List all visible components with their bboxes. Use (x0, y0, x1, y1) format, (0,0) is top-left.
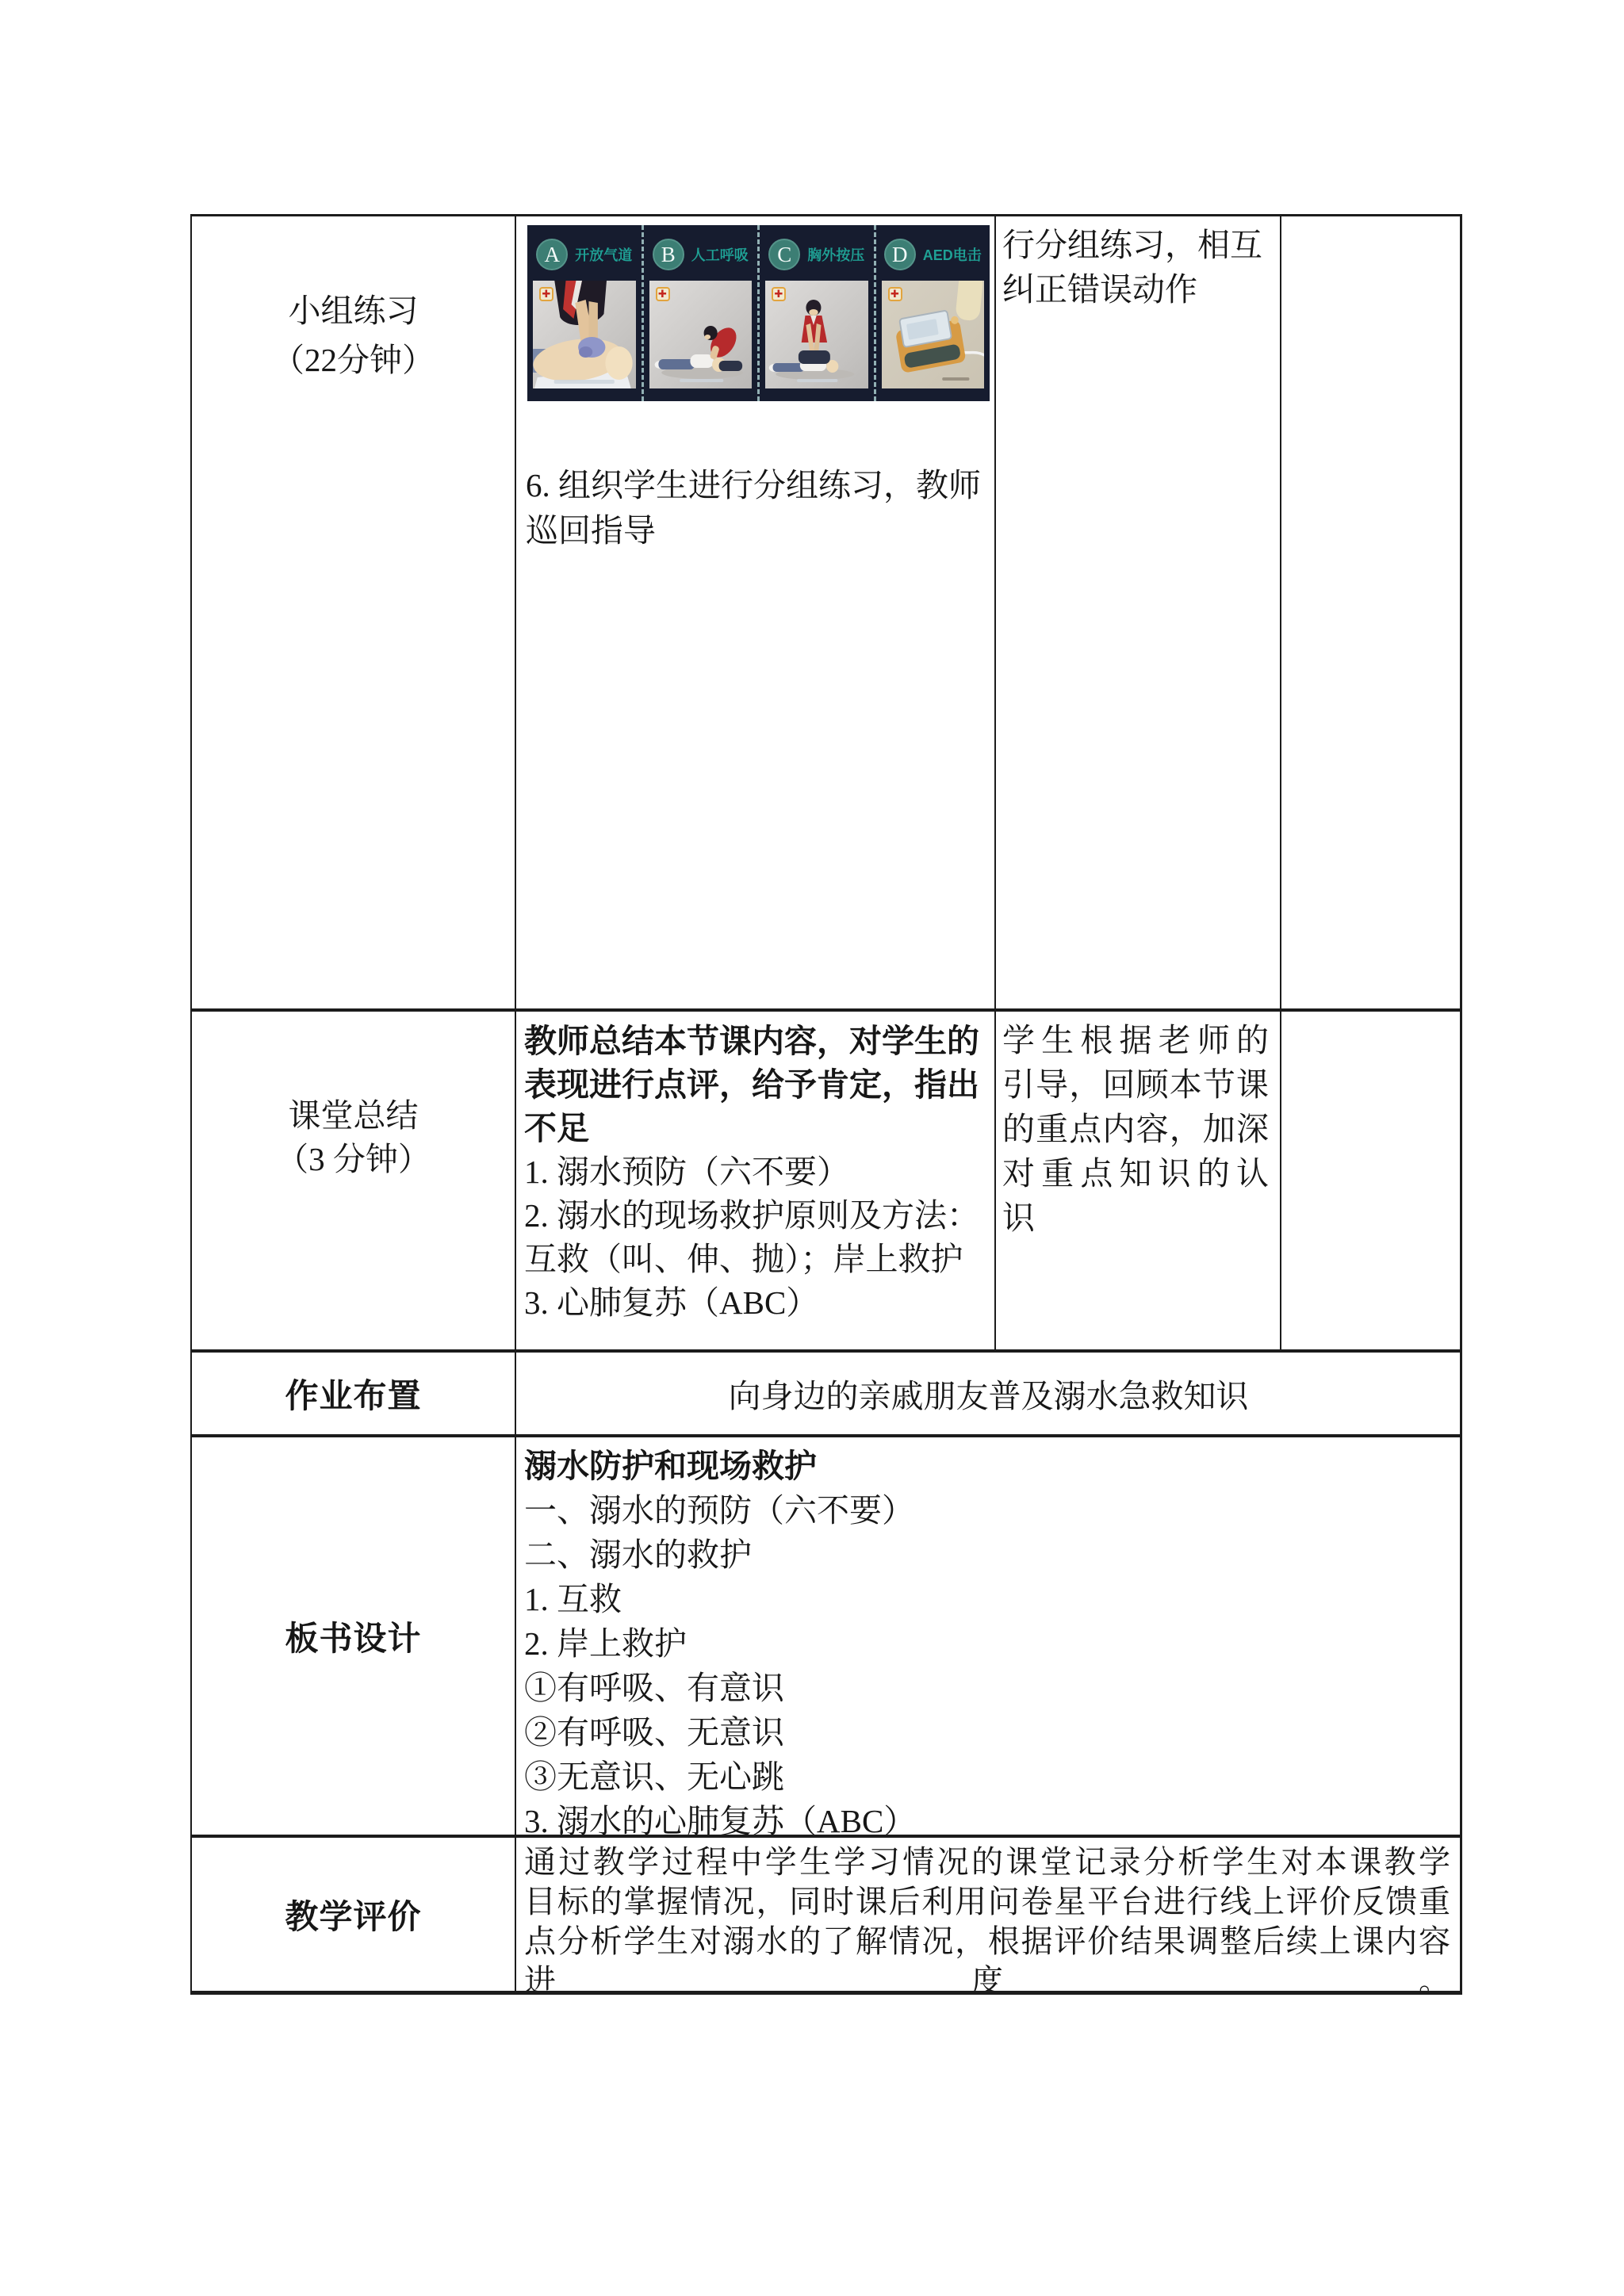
stage-label-class-summary: 课堂总结 （3 分钟） (276, 1012, 431, 1181)
row-class-summary-student-cell: 学生根据老师的 引导，回顾本节课 的重点内容，加深 对重点知识的认 识 (996, 1012, 1281, 1353)
step-label-d: AED电击 (923, 244, 982, 265)
stage-label-group-practice: 小组练习 （22分钟） (272, 216, 435, 385)
step-label-c: 胸外按压 (807, 244, 864, 265)
row-group-practice-student-cell: 行分组练习，相互 纠正错误动作 (996, 216, 1281, 1012)
homework-content-text: 向身边的亲戚朋友普及溺水急救知识 (729, 1370, 1249, 1417)
cpr-steps-figure: A 开放气道 ✚ (527, 225, 990, 401)
row-board-design-content-cell: 溺水防护和现场救护 一、溺水的预防（六不要） 二、溺水的救护 1. 互救 2. … (516, 1437, 1461, 1838)
evaluation-content-text: 通过教学过程中学生学习情况的课堂记录分析学生对本课教学 目标的掌握情况，同时课后… (524, 1843, 1450, 1995)
lesson-plan-table: 小组练习 （22分钟） A 开放气道 ✚ (190, 214, 1462, 1995)
cpr-panel-open-airway: A 开放气道 ✚ (527, 225, 644, 401)
cpr-panel-rescue-breathing: B 人工呼吸 ✚ (644, 225, 760, 401)
cpr-photo-chest-compression: ✚ (765, 281, 868, 388)
cpr-panel-c-header: C 胸外按压 (760, 225, 874, 279)
teacher-summary-list: 1. 溺水预防（六不要） 2. 溺水的现场救护原则及方法： 互救（叫、伸、抛）；… (516, 1150, 994, 1325)
cpr-panel-aed-shock: D AED电击 ✚ (876, 225, 990, 401)
red-cross-icon: ✚ (772, 287, 786, 301)
teacher-summary-bold-text: 教师总结本节课内容，对学生的 表现进行点评，给予肯定，指出 不足 (516, 1012, 994, 1150)
cpr-panel-d-header: D AED电击 (876, 225, 990, 279)
row-group-practice-empty-cell (1281, 216, 1461, 1012)
cpr-photo-aed: ✚ (882, 281, 985, 388)
student-activity-text-class-summary: 学生根据老师的 引导，回顾本节课 的重点内容，加深 对重点知识的认 识 (1002, 1018, 1269, 1240)
row-evaluation-content-cell: 通过教学过程中学生学习情况的课堂记录分析学生对本课教学 目标的掌握情况，同时课后… (516, 1838, 1461, 1995)
section-label-homework: 作业布置 (285, 1370, 421, 1418)
cpr-panel-chest-compression: C 胸外按压 ✚ (760, 225, 876, 401)
cpr-panel-b-header: B 人工呼吸 (644, 225, 758, 279)
section-label-evaluation: 教学评价 (285, 1891, 421, 1938)
step-letter-circle-a: A (536, 239, 568, 270)
row-class-summary-label-cell: 课堂总结 （3 分钟） (192, 1012, 516, 1353)
step-letter-circle-c: C (768, 239, 800, 270)
row-class-summary-teacher-cell: 教师总结本节课内容，对学生的 表现进行点评，给予肯定，指出 不足 1. 溺水预防… (516, 1012, 996, 1353)
row-group-practice-teacher-cell: A 开放气道 ✚ (516, 216, 996, 1012)
teacher-activity-text-group-practice: 6. 组织学生进行分组练习，教师 巡回指导 (524, 463, 988, 553)
document-page: 小组练习 （22分钟） A 开放气道 ✚ (0, 0, 1624, 2296)
row-group-practice-label-cell: 小组练习 （22分钟） (192, 216, 516, 1012)
step-letter-circle-b: B (653, 239, 684, 270)
step-letter-circle-d: D (884, 239, 916, 270)
red-cross-icon: ✚ (656, 287, 670, 301)
board-design-title: 溺水防护和现场救护 (524, 1444, 1453, 1488)
cpr-panel-a-header: A 开放气道 (527, 225, 642, 279)
step-label-b: 人工呼吸 (691, 244, 749, 265)
board-design-outline: 一、溺水的预防（六不要） 二、溺水的救护 1. 互救 2. 岸上救护 ①有呼吸、… (524, 1488, 1453, 1838)
row-homework-content-cell: 向身边的亲戚朋友普及溺水急救知识 (516, 1353, 1461, 1437)
row-board-design-label-cell: 板书设计 (192, 1437, 516, 1838)
section-label-board-design: 板书设计 (285, 1613, 421, 1660)
student-activity-text-group-practice: 行分组练习，相互 纠正错误动作 (1002, 223, 1269, 312)
step-label-a: 开放气道 (575, 244, 632, 265)
cpr-photo-open-airway: ✚ (533, 281, 636, 388)
row-homework-label-cell: 作业布置 (192, 1353, 516, 1437)
row-class-summary-empty-cell (1281, 1012, 1461, 1353)
row-evaluation-label-cell: 教学评价 (192, 1838, 516, 1995)
cpr-photo-rescue-breathing: ✚ (649, 281, 753, 388)
red-cross-icon: ✚ (888, 287, 902, 301)
red-cross-icon: ✚ (539, 287, 553, 301)
